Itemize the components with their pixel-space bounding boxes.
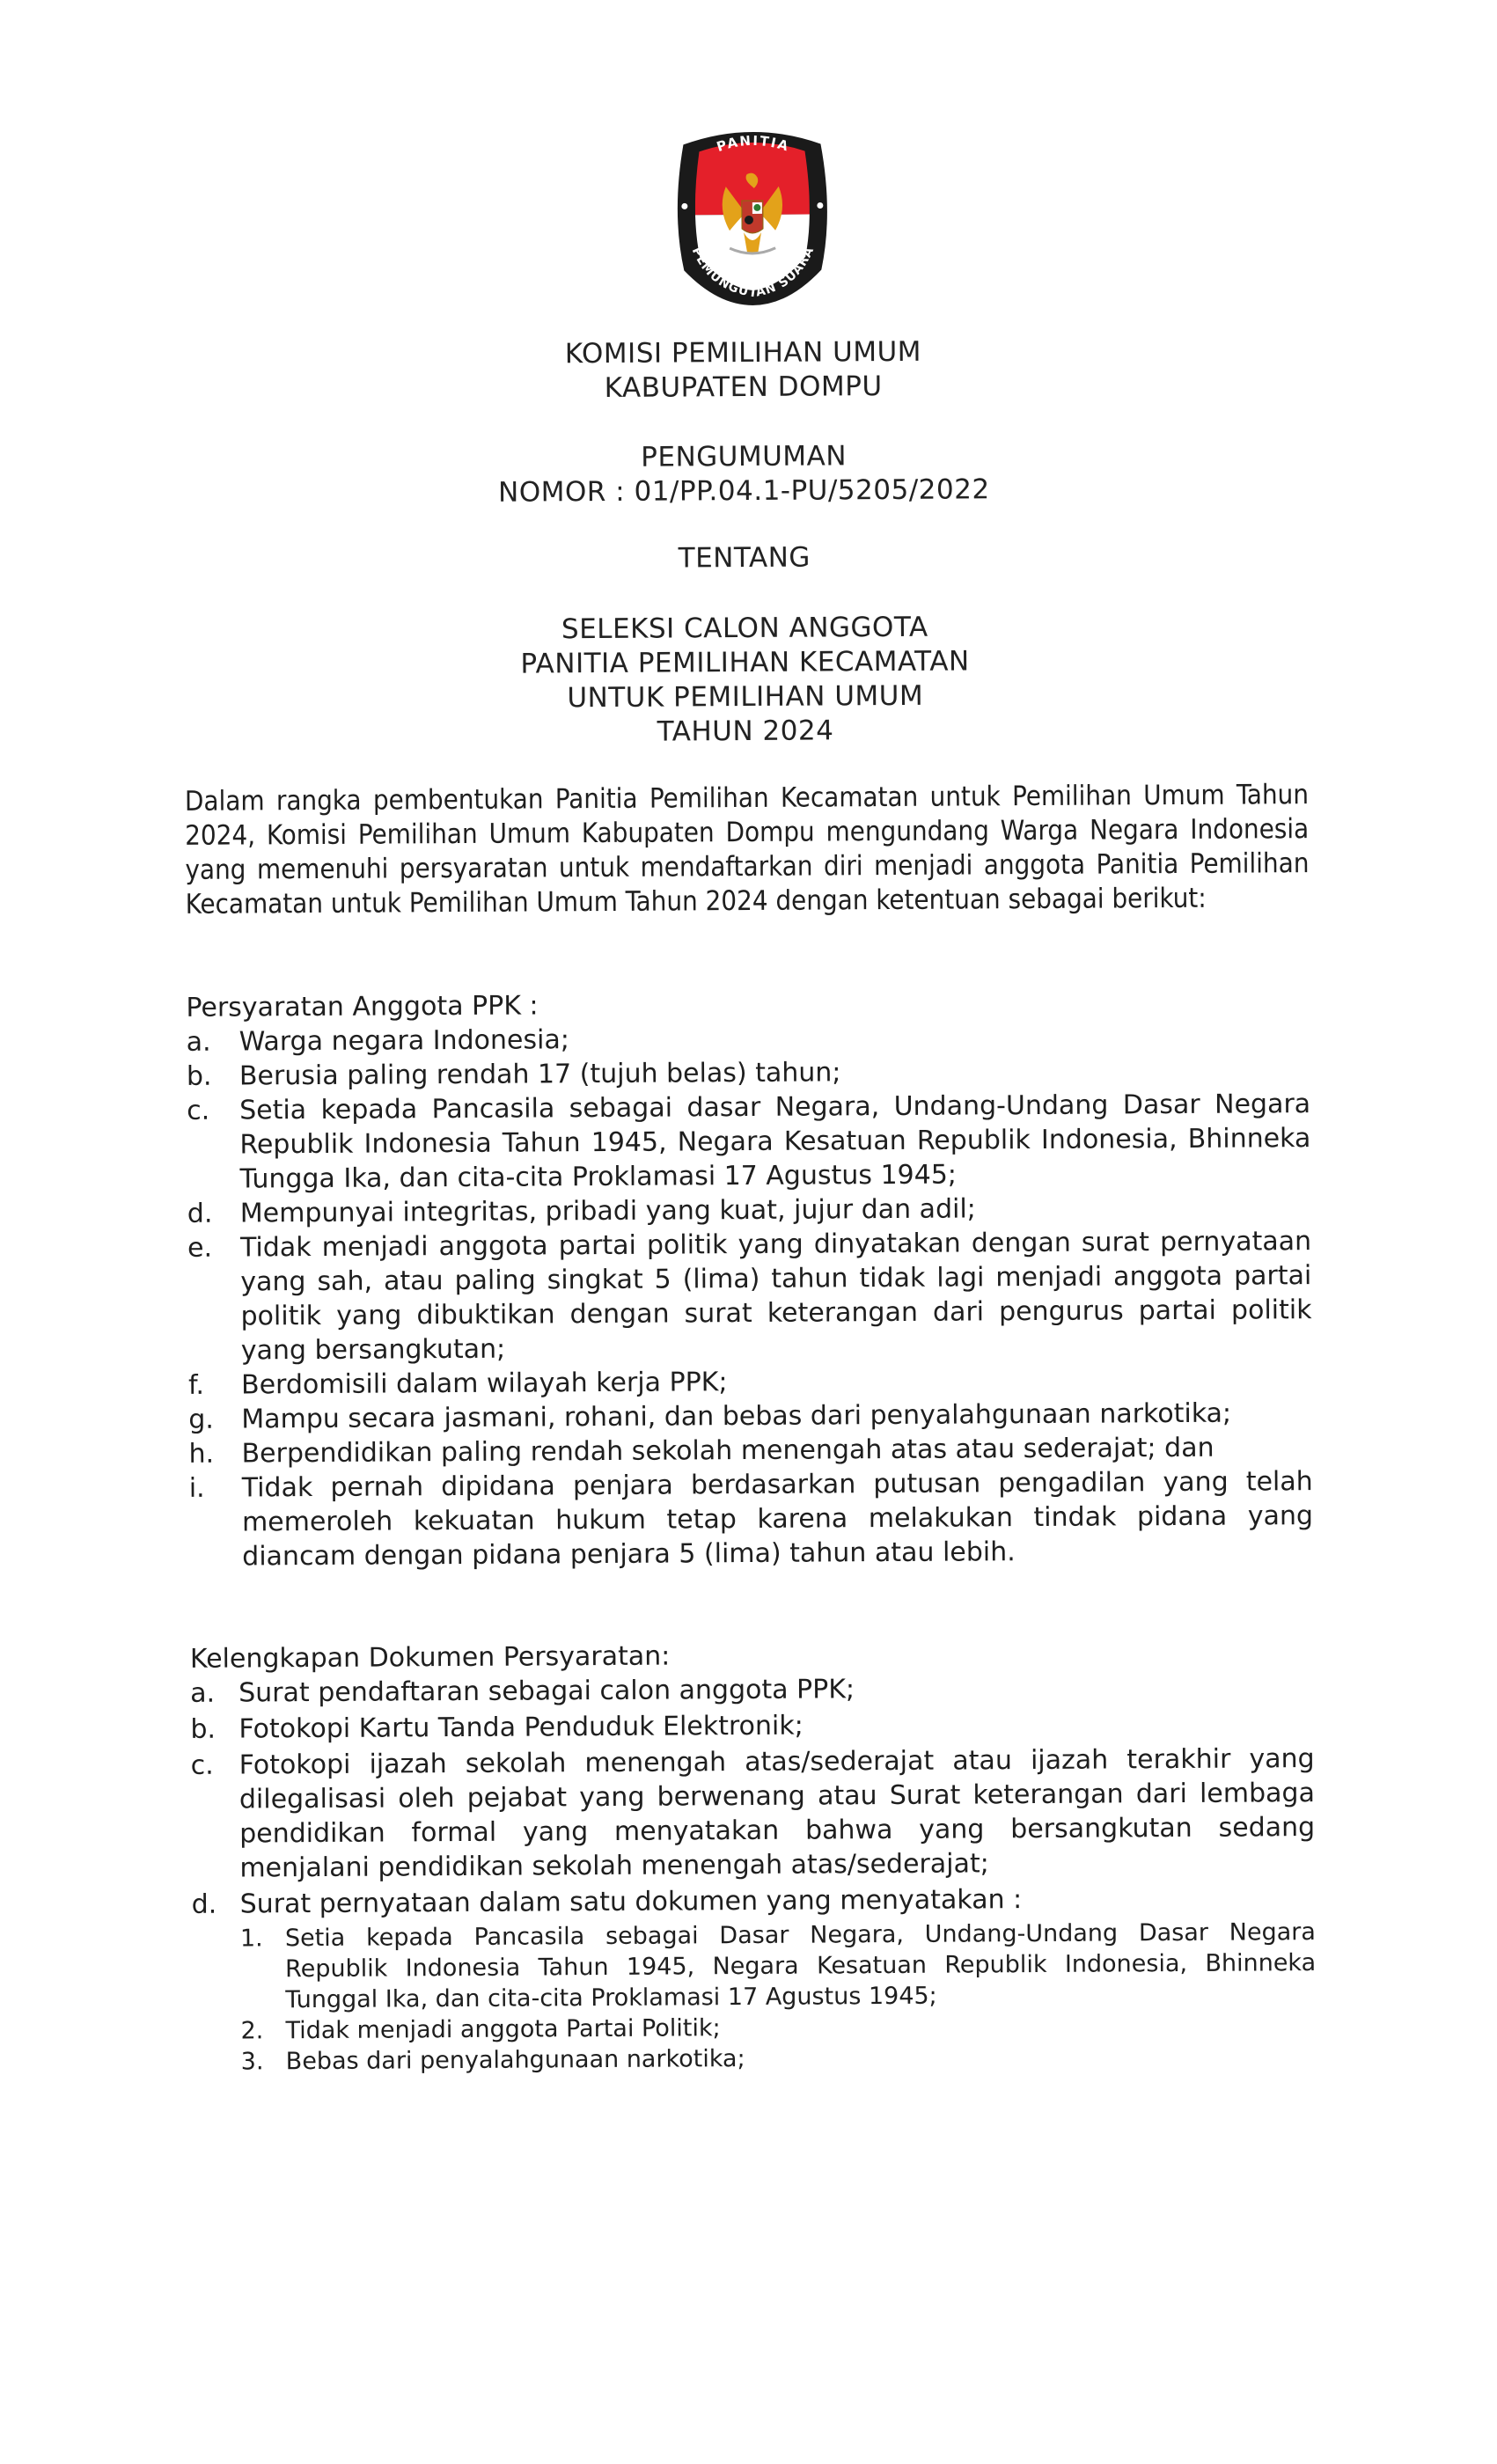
list-marker: e. — [187, 1231, 237, 1265]
requirements-section: Persyaratan Anggota PPK : a.Warga negara… — [186, 984, 1313, 1574]
list-item: d.Surat pernyataan dalam satu dokumen ya… — [192, 1881, 1316, 1922]
list-item: c.Setia kepada Pancasila sebagai dasar N… — [187, 1087, 1311, 1197]
sublist-marker: 3. — [241, 2046, 283, 2077]
statement-sublist: 1.Setia kepada Pancasila sebagai Dasar N… — [192, 1917, 1317, 2078]
list-item-text: Surat pernyataan dalam satu dokumen yang… — [240, 1884, 1023, 1919]
documents-section: Kelengkapan Dokumen Persyaratan: a.Surat… — [190, 1635, 1317, 2078]
list-item-text: Fotokopi ijazah sekolah menengah atas/se… — [239, 1743, 1316, 1883]
list-marker: b. — [190, 1712, 239, 1747]
list-item-text: Berpendidikan paling rendah sekolah mene… — [241, 1433, 1214, 1470]
list-marker: a. — [190, 1676, 239, 1711]
list-item-text: Warga negara Indonesia; — [239, 1024, 569, 1057]
sublist-item-text: Bebas dari penyalahgunaan narkotika; — [286, 2045, 745, 2075]
list-item-text: Fotokopi Kartu Tanda Penduduk Elektronik… — [238, 1711, 804, 1745]
subject-heading: SELEKSI CALON ANGGOTA PANITIA PEMILIHAN … — [0, 607, 1494, 753]
list-marker: d. — [192, 1888, 241, 1922]
about-heading: TENTANG — [0, 537, 1493, 580]
list-item-text: Berusia paling rendah 17 (tujuh belas) t… — [239, 1057, 841, 1091]
announcement-heading: PENGUMUMAN NOMOR : 01/PP.04.1-PU/5205/20… — [0, 436, 1493, 513]
list-item: e.Tidak menjadi anggota partai politik y… — [187, 1224, 1312, 1368]
intro-paragraph: Dalam rangka pembentukan Panitia Pemilih… — [185, 778, 1310, 922]
organization-heading: KOMISI PEMILIHAN UMUM KABUPATEN DOMPU — [0, 332, 1492, 409]
list-marker: c. — [191, 1749, 240, 1783]
list-item: a.Surat pendaftaran sebagai calon anggot… — [190, 1669, 1314, 1711]
list-item: b.Fotokopi Kartu Tanda Penduduk Elektron… — [190, 1705, 1314, 1747]
list-item-text: Berdomisili dalam wilayah kerja PPK; — [241, 1367, 728, 1400]
requirements-list: a.Warga negara Indonesia; b.Berusia pali… — [187, 1018, 1314, 1574]
sublist-marker: 1. — [240, 1923, 283, 1954]
sublist-item: 1.Setia kepada Pancasila sebagai Dasar N… — [192, 1917, 1317, 2016]
list-item-text: Setia kepada Pancasila sebagai dasar Neg… — [239, 1089, 1310, 1194]
list-item: c.Fotokopi ijazah sekolah menengah atas/… — [191, 1742, 1316, 1886]
list-item-text: Surat pendaftaran sebagai calon anggota … — [238, 1674, 855, 1708]
about-label: TENTANG — [0, 537, 1493, 580]
list-marker: h. — [188, 1437, 238, 1471]
list-item-text: Mempunyai integritas, pribadi yang kuat,… — [240, 1193, 976, 1228]
list-marker: f. — [188, 1368, 238, 1403]
list-item-text: Tidak menjadi anggota partai politik yan… — [240, 1226, 1312, 1366]
list-marker: i. — [189, 1471, 238, 1506]
list-item-text: Tidak pernah dipidana penjara berdasarka… — [242, 1466, 1313, 1572]
list-marker: g. — [188, 1403, 238, 1437]
list-marker: d. — [187, 1197, 237, 1231]
list-marker: c. — [187, 1094, 236, 1128]
sublist-item-text: Tidak menjadi anggota Partai Politik; — [285, 2014, 720, 2044]
intro-text: Dalam rangka pembentukan Panitia Pemilih… — [185, 778, 1310, 922]
list-marker: a. — [187, 1025, 236, 1060]
sublist-item: 3.Bebas dari penyalahgunaan narkotika; — [193, 2040, 1317, 2078]
list-item-text: Mampu secara jasmani, rohani, dan bebas … — [241, 1398, 1231, 1435]
panitia-pemungutan-suara-emblem-icon: PANITIA PEMUNGUTAN SUARA — [672, 124, 832, 305]
document-page: PANITIA PEMUNGUTAN SUARA KOMISI PEMILIHA… — [0, 0, 1497, 2464]
list-item: i.Tidak pernah dipidana penjara berdasar… — [189, 1464, 1314, 1574]
sublist-item-text: Setia kepada Pancasila sebagai Dasar Neg… — [285, 1918, 1316, 2013]
sublist-marker: 2. — [240, 2015, 283, 2046]
documents-list: a.Surat pendaftaran sebagai calon anggot… — [190, 1669, 1316, 1922]
list-marker: b. — [187, 1060, 236, 1094]
